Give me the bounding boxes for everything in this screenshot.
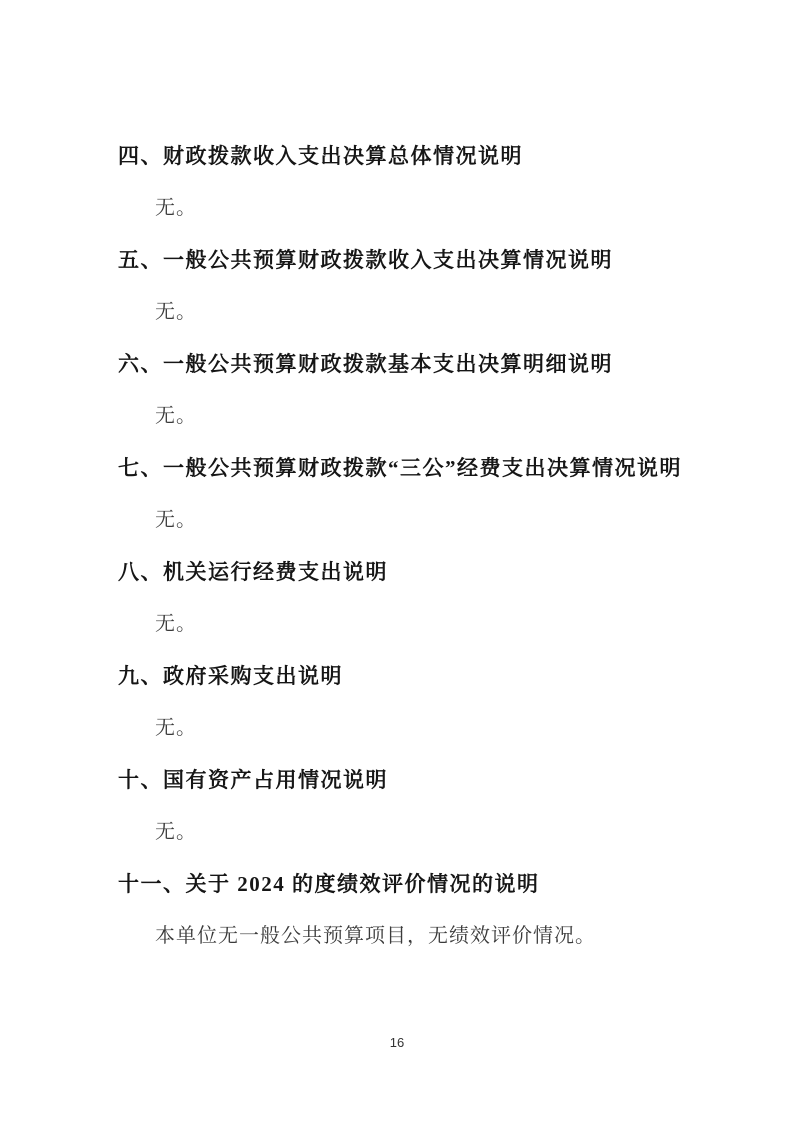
- document-content: 四、财政拨款收入支出决算总体情况说明 无。 五、一般公共预算财政拨款收入支出决算…: [118, 130, 698, 962]
- section-heading: 十、国有资产占用情况说明: [118, 754, 698, 806]
- section-8: 八、机关运行经费支出说明 无。: [118, 546, 698, 650]
- section-4: 四、财政拨款收入支出决算总体情况说明 无。: [118, 130, 698, 234]
- section-body: 本单位无一般公共预算项目，无绩效评价情况。: [118, 910, 698, 962]
- section-heading: 六、一般公共预算财政拨款基本支出决算明细说明: [118, 338, 698, 390]
- page-footer: 16: [0, 1034, 794, 1052]
- section-7: 七、一般公共预算财政拨款“三公”经费支出决算情况说明 无。: [118, 442, 698, 546]
- document-page: 四、财政拨款收入支出决算总体情况说明 无。 五、一般公共预算财政拨款收入支出决算…: [0, 0, 794, 1123]
- section-body: 无。: [118, 702, 698, 754]
- section-5: 五、一般公共预算财政拨款收入支出决算情况说明 无。: [118, 234, 698, 338]
- section-heading: 七、一般公共预算财政拨款“三公”经费支出决算情况说明: [118, 442, 698, 494]
- section-heading: 五、一般公共预算财政拨款收入支出决算情况说明: [118, 234, 698, 286]
- section-body: 无。: [118, 494, 698, 546]
- section-body: 无。: [118, 598, 698, 650]
- section-heading: 八、机关运行经费支出说明: [118, 546, 698, 598]
- section-6: 六、一般公共预算财政拨款基本支出决算明细说明 无。: [118, 338, 698, 442]
- section-9: 九、政府采购支出说明 无。: [118, 650, 698, 754]
- section-10: 十、国有资产占用情况说明 无。: [118, 754, 698, 858]
- section-heading: 四、财政拨款收入支出决算总体情况说明: [118, 130, 698, 182]
- section-body: 无。: [118, 390, 698, 442]
- section-body: 无。: [118, 286, 698, 338]
- section-heading: 九、政府采购支出说明: [118, 650, 698, 702]
- page-number: 16: [390, 1035, 404, 1050]
- section-body: 无。: [118, 806, 698, 858]
- section-heading: 十一、关于 2024 的度绩效评价情况的说明: [118, 858, 698, 910]
- section-body: 无。: [118, 182, 698, 234]
- section-11: 十一、关于 2024 的度绩效评价情况的说明 本单位无一般公共预算项目，无绩效评…: [118, 858, 698, 962]
